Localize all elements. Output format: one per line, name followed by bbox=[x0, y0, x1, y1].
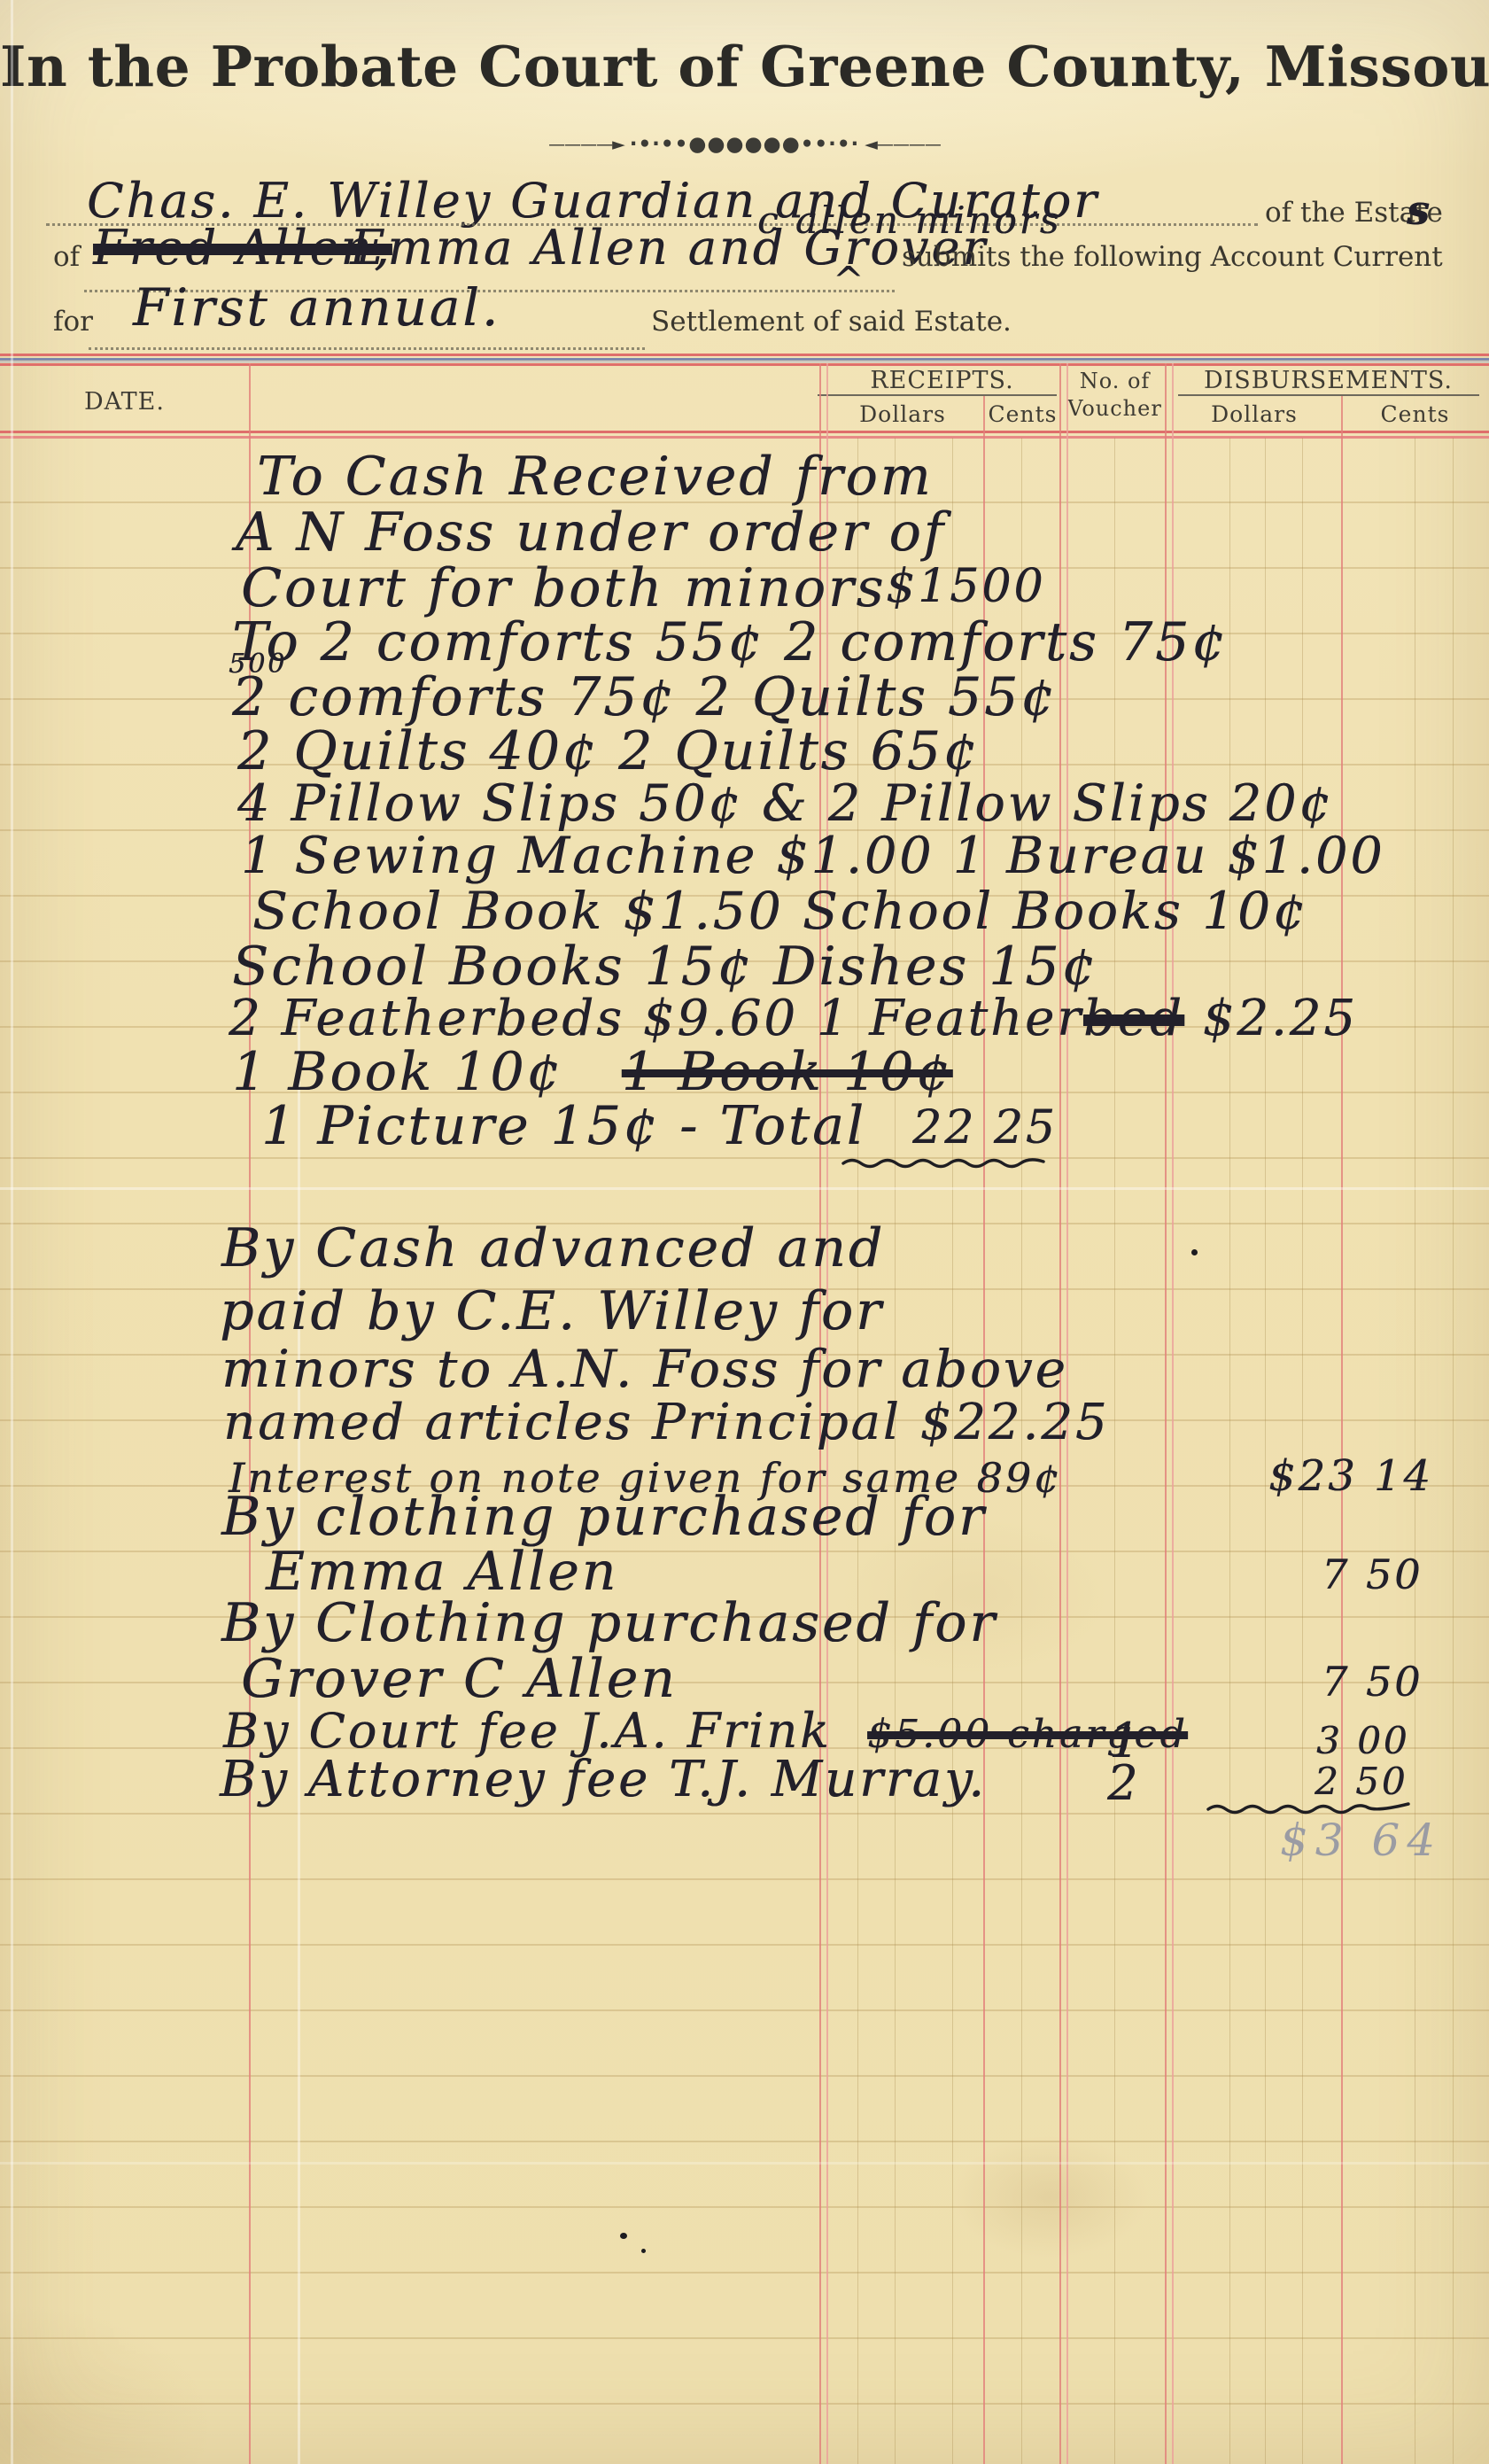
disbursements-column-header: DISBURSEMENTS. bbox=[1167, 367, 1489, 394]
pencil-total-note: $3 64 bbox=[1280, 1818, 1442, 1862]
divider-ornament: ————► ·•·••●●●●●●••·•· ◄———— bbox=[0, 133, 1489, 156]
struck-word: bed bbox=[1083, 990, 1184, 1047]
ledger-line: By Cash advanced and bbox=[221, 1222, 885, 1275]
date-column-header: DATE. bbox=[0, 388, 249, 416]
ledger-line: School Books 15¢ Dishes 15¢ bbox=[232, 940, 1098, 993]
ornament-right-arrow: ◄———— bbox=[865, 135, 941, 154]
ledger-line: 1 Sewing Machine $1.00 1 Bureau $1.00 bbox=[241, 831, 1385, 882]
disbursements-dollars-cents-rule bbox=[1341, 396, 1343, 2464]
ledger-line: By Clothing purchased for bbox=[221, 1597, 997, 1650]
voucher-number: 2 bbox=[1107, 1760, 1140, 1807]
receipts-underline bbox=[818, 394, 1057, 396]
disbursement-amount: 7 50 bbox=[1322, 1661, 1423, 1702]
disbursement-amount: 2 50 bbox=[1315, 1763, 1408, 1800]
ledger-line: School Book $1.50 School Books 10¢ bbox=[252, 885, 1308, 937]
receipts-column-header: RECEIPTS. bbox=[822, 367, 1062, 394]
disbursements-left-rule bbox=[1165, 363, 1174, 2464]
ledger-line: To Cash Received from bbox=[257, 450, 934, 503]
band-blue bbox=[0, 358, 1489, 361]
faint-digit-rule bbox=[1265, 438, 1266, 2464]
receipt-amount: $1500 bbox=[886, 564, 1045, 610]
struck-entry: 1 Book 10¢ bbox=[622, 1041, 953, 1103]
ledger-line: 1 Book 10¢ 1 Book 10¢ bbox=[232, 1045, 952, 1099]
ledger-line: minors to A.N. Foss for above bbox=[221, 1343, 1068, 1395]
disbursement-amount: 7 50 bbox=[1322, 1554, 1423, 1595]
ledger-line: Emma Allen bbox=[266, 1545, 618, 1598]
ledger-line: 2 Featherbeds $9.60 1 Featherbed $2.25 bbox=[229, 994, 1358, 1044]
ledger-line: 1 Picture 15¢ - Total bbox=[261, 1100, 866, 1153]
fill-in-rule-3 bbox=[89, 347, 645, 350]
ledger-line: 2 Quilts 40¢ 2 Quilts 65¢ bbox=[237, 725, 980, 778]
probate-account-form: In the Probate Court of Greene County, M… bbox=[0, 0, 1489, 2464]
receipts-cents-header: Cents bbox=[983, 401, 1062, 427]
disbursements-dollars-header: Dollars bbox=[1167, 401, 1341, 427]
faint-digit-rule bbox=[1114, 438, 1115, 2464]
disbursements-underline bbox=[1178, 394, 1479, 396]
ledger-line-part: 1 Book 10¢ bbox=[232, 1041, 563, 1103]
scan-crease-horizontal-2 bbox=[0, 2162, 1489, 2165]
band-red-bottom bbox=[0, 363, 1489, 366]
ledger-line: A N Foss under order of bbox=[236, 506, 946, 559]
scan-crease-horizontal-1 bbox=[0, 1187, 1489, 1190]
struck-ward-name: Fred Allen, bbox=[93, 224, 392, 272]
ornament-dots: ·•·••●●●●●●••·•· bbox=[630, 133, 860, 156]
ledger-line: named articles Principal $22.25 bbox=[223, 1398, 1109, 1448]
caret-mark: ^ bbox=[833, 262, 866, 299]
ledger-line: By Court fee J.A. Frink $5.00 charged bbox=[223, 1707, 1188, 1755]
submits-account-label: submits the following Account Current bbox=[902, 241, 1443, 273]
faint-digit-rule bbox=[1229, 438, 1230, 2464]
disbursement-amount: 3 00 bbox=[1316, 1722, 1410, 1760]
band-red-top bbox=[0, 354, 1489, 356]
estate-plural-mark: s bbox=[1407, 190, 1432, 230]
ledger-line: To 2 comforts 55¢ 2 comforts 75¢ bbox=[232, 616, 1228, 669]
ledger-line: paid by C.E. Willey for bbox=[220, 1285, 884, 1338]
ink-speck bbox=[620, 2233, 627, 2239]
for-label: for bbox=[53, 306, 93, 338]
ledger-line: 4 Pillow Slips 50¢ & 2 Pillow Slips 20¢ bbox=[237, 779, 1334, 829]
page-title: In the Probate Court of Greene County, M… bbox=[0, 34, 1489, 99]
inserted-words: c allen minors bbox=[757, 202, 1061, 239]
ornament-left-arrow: ————► bbox=[548, 135, 624, 154]
ledger-line: Grover C Allen bbox=[241, 1652, 678, 1706]
total-wavy-underline bbox=[841, 1154, 1047, 1169]
ledger-line: 2 comforts 75¢ 2 Quilts 55¢ bbox=[232, 671, 1057, 724]
header-bottom-rule-1 bbox=[0, 431, 1489, 433]
of-label: of bbox=[53, 241, 80, 273]
disbursements-cents-header: Cents bbox=[1341, 401, 1489, 427]
faint-digit-rule bbox=[1453, 438, 1454, 2464]
settlement-ordinal-handwritten: First annual. bbox=[133, 282, 500, 333]
voucher-header-line2: Voucher bbox=[1062, 396, 1167, 421]
disbursement-amount: $23 14 bbox=[1268, 1455, 1433, 1497]
ledger-line-part: 2 Featherbeds $9.60 1 Feather bbox=[229, 990, 1083, 1047]
disbursement-wavy-underline bbox=[1206, 1799, 1412, 1815]
settlement-label: Settlement of said Estate. bbox=[651, 306, 1012, 338]
scan-crease-vertical-left bbox=[11, 0, 13, 2464]
ledger-line: By clothing purchased for bbox=[221, 1490, 987, 1543]
ink-speck bbox=[641, 2249, 646, 2253]
voucher-header-line1: No. of bbox=[1062, 369, 1167, 393]
ink-speck bbox=[1191, 1249, 1198, 1255]
ledger-line: Court for both minors bbox=[241, 562, 886, 615]
receipts-total-amount: 22 25 bbox=[912, 1105, 1058, 1151]
receipts-dollars-header: Dollars bbox=[822, 401, 983, 427]
ledger-line: By Attorney fee T.J. Murray. bbox=[220, 1755, 987, 1805]
ledger-line-part: $2.25 bbox=[1203, 990, 1358, 1047]
band-blue-light bbox=[0, 361, 1489, 362]
